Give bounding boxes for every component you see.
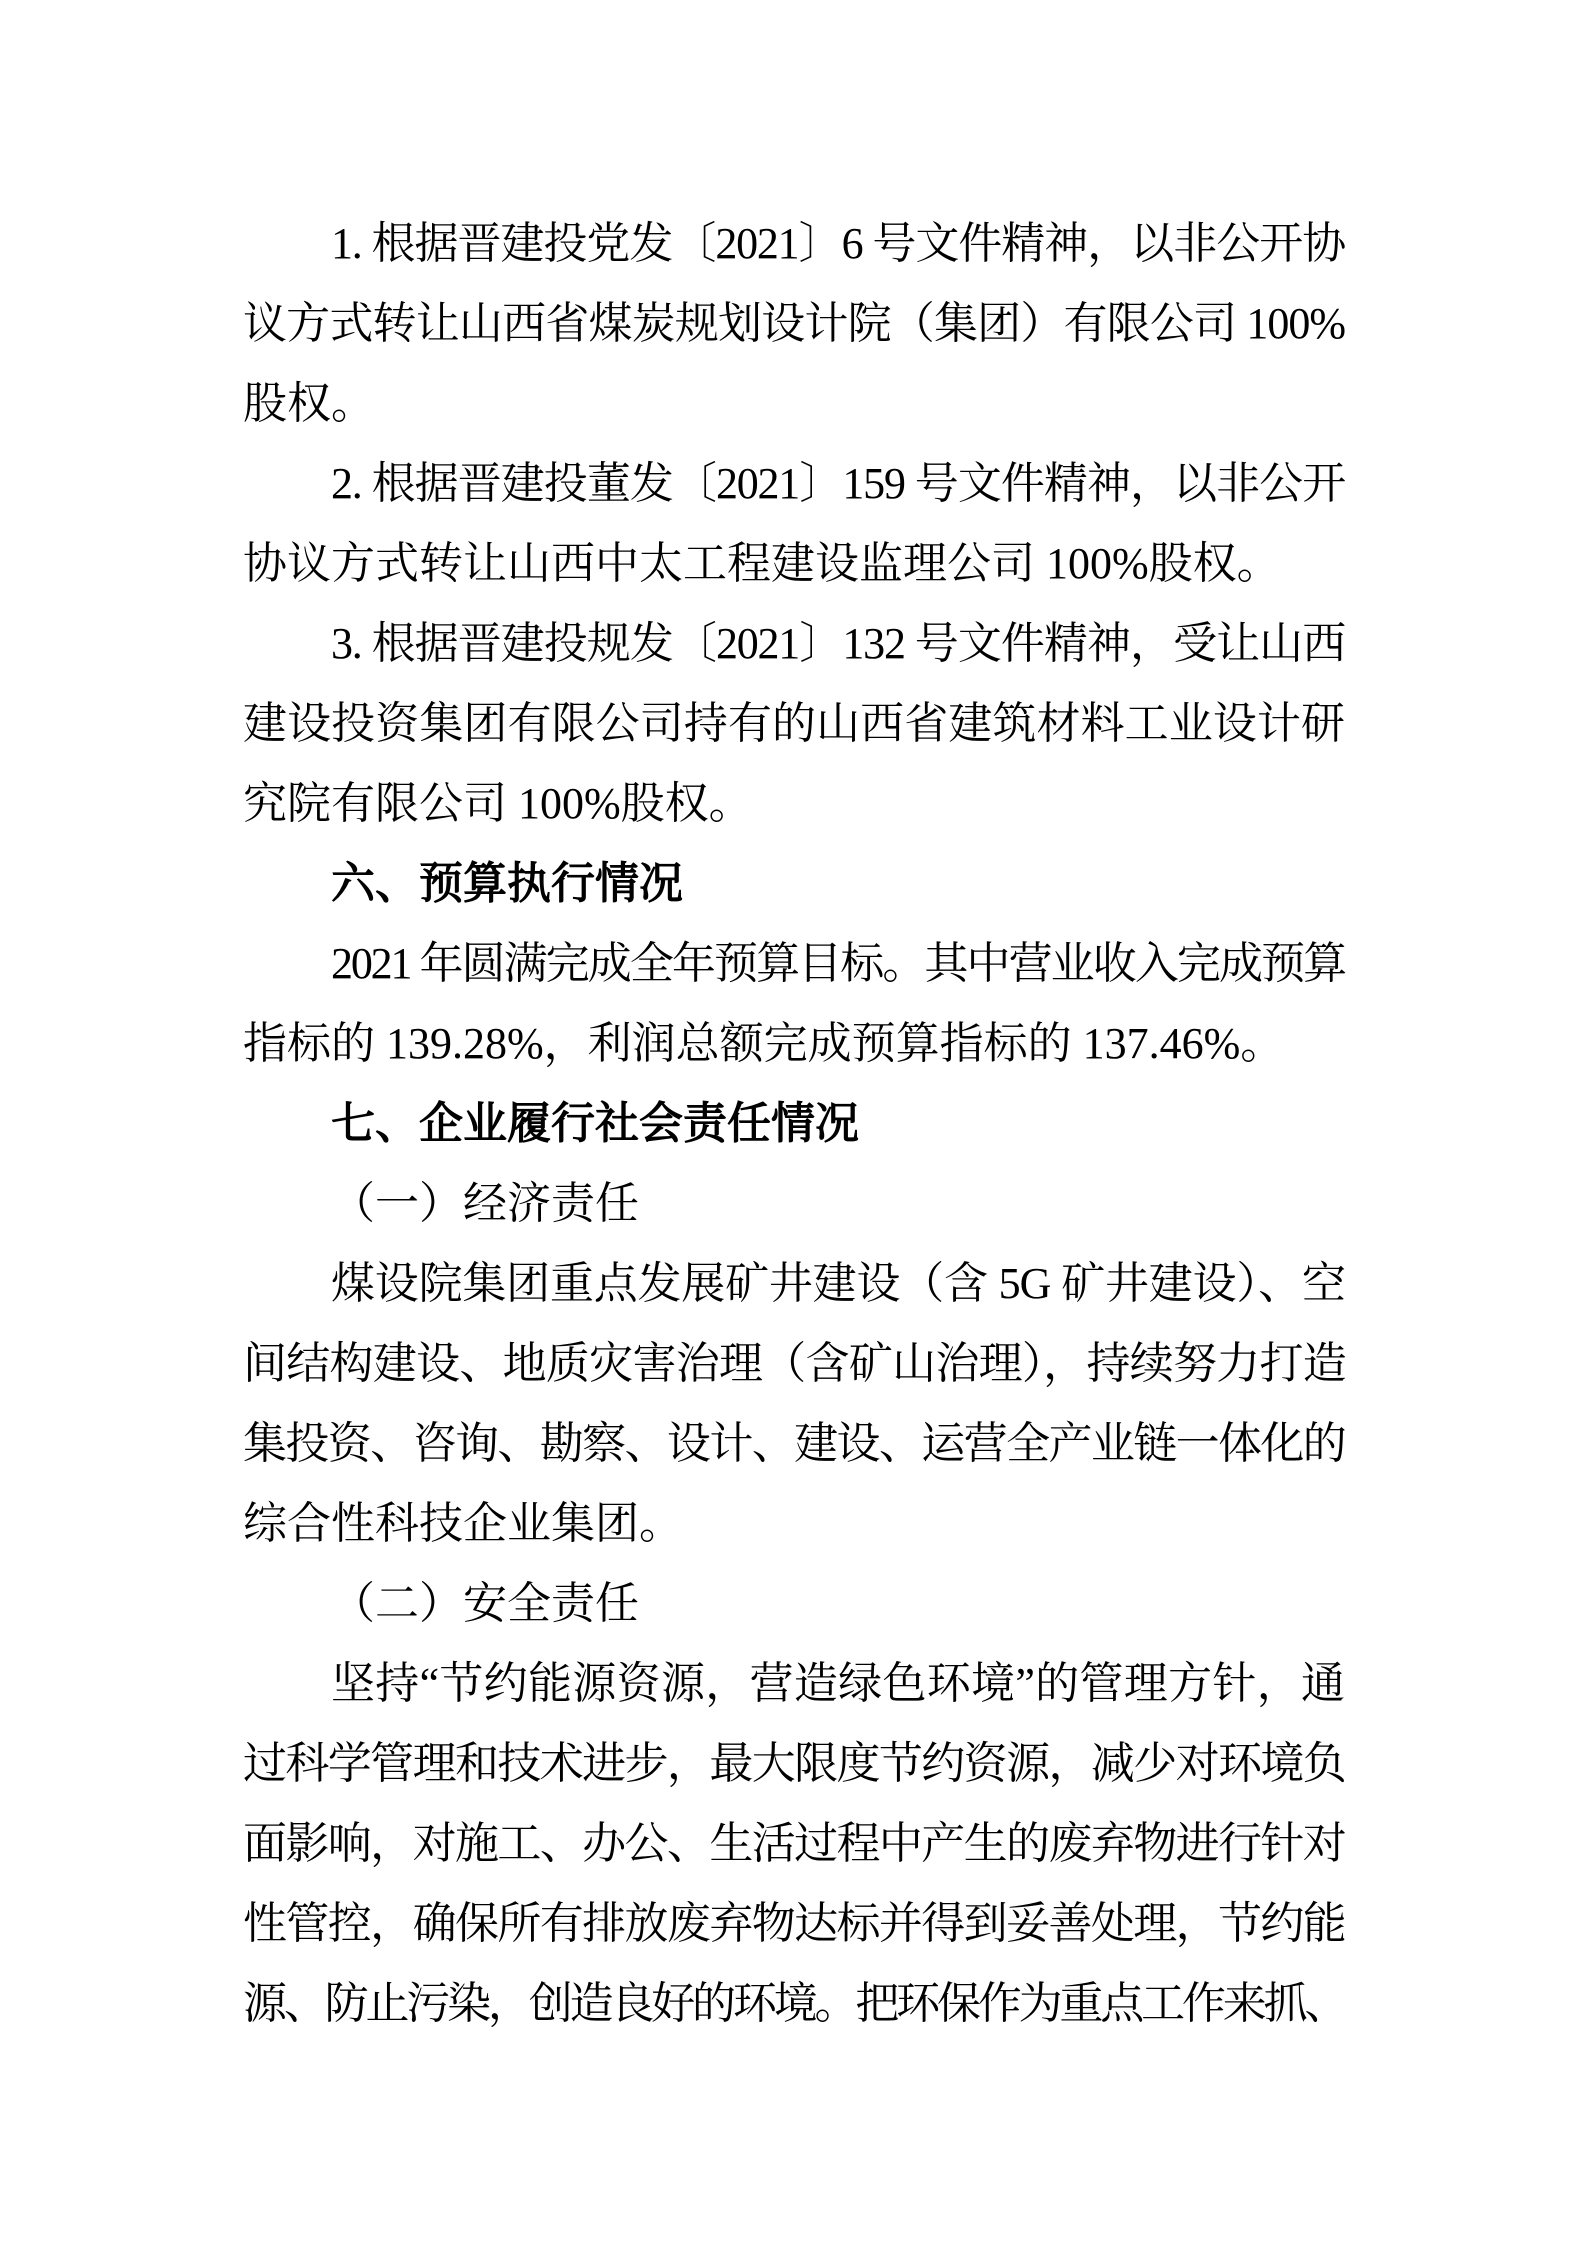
text-line: 六、预算执行情况: [243, 844, 1345, 924]
text-line: 股权。: [243, 364, 1345, 444]
section-heading: 七、企业履行社会责任情况: [243, 1084, 1345, 1164]
text-line: 3. 根据晋建投规发〔2021〕132 号文件精神，受让山西: [243, 604, 1345, 684]
text-line: （一）经济责任: [243, 1164, 1345, 1244]
list-item-paragraph: 2. 根据晋建投董发〔2021〕159 号文件精神，以非公开协议方式转让山西中太…: [243, 444, 1345, 604]
text-line: 坚持“节约能源资源，营造绿色环境”的管理方针，通: [243, 1644, 1345, 1724]
list-item-paragraph: 1. 根据晋建投党发〔2021〕6 号文件精神，以非公开协议方式转让山西省煤炭规…: [243, 204, 1345, 444]
text-line: 面影响，对施工、办公、生活过程中产生的废弃物进行针对: [243, 1804, 1345, 1884]
body-paragraph: 2021 年圆满完成全年预算目标。其中营业收入完成预算指标的 139.28%，利…: [243, 924, 1345, 1084]
text-line: 性管控，确保所有排放废弃物达标并得到妥善处理，节约能: [243, 1884, 1345, 1964]
text-line: （二）安全责任: [243, 1564, 1345, 1644]
text-line: 间结构建设、地质灾害治理（含矿山治理），持续努力打造: [243, 1324, 1345, 1404]
body-paragraph: 坚持“节约能源资源，营造绿色环境”的管理方针，通过科学管理和技术进步，最大限度节…: [243, 1644, 1345, 2044]
text-line: 2021 年圆满完成全年预算目标。其中营业收入完成预算: [243, 924, 1345, 1004]
text-line: 综合性科技企业集团。: [243, 1484, 1345, 1564]
text-line: 建设投资集团有限公司持有的山西省建筑材料工业设计研: [243, 684, 1345, 764]
sub-section-heading: （二）安全责任: [243, 1564, 1345, 1644]
list-item-paragraph: 3. 根据晋建投规发〔2021〕132 号文件精神，受让山西建设投资集团有限公司…: [243, 604, 1345, 844]
text-line: 1. 根据晋建投党发〔2021〕6 号文件精神，以非公开协: [243, 204, 1345, 284]
text-line: 2. 根据晋建投董发〔2021〕159 号文件精神，以非公开: [243, 444, 1345, 524]
text-line: 集投资、咨询、勘察、设计、建设、运营全产业链一体化的: [243, 1404, 1345, 1484]
text-line: 议方式转让山西省煤炭规划设计院（集团）有限公司 100%: [243, 284, 1345, 364]
sub-section-heading: （一）经济责任: [243, 1164, 1345, 1244]
text-line: 协议方式转让山西中太工程建设监理公司 100%股权。: [243, 524, 1345, 604]
document-page: 1. 根据晋建投党发〔2021〕6 号文件精神，以非公开协议方式转让山西省煤炭规…: [0, 0, 1587, 2245]
text-line: 指标的 139.28%，利润总额完成预算指标的 137.46%。: [243, 1004, 1345, 1084]
body-paragraph: 煤设院集团重点发展矿井建设（含 5G 矿井建设）、空间结构建设、地质灾害治理（含…: [243, 1244, 1345, 1564]
text-line: 源、防止污染，创造良好的环境。把环保作为重点工作来抓、: [243, 1964, 1345, 2044]
text-line: 七、企业履行社会责任情况: [243, 1084, 1345, 1164]
text-line: 究院有限公司 100%股权。: [243, 764, 1345, 844]
document-text: 1. 根据晋建投党发〔2021〕6 号文件精神，以非公开协议方式转让山西省煤炭规…: [243, 204, 1345, 2044]
text-line: 过科学管理和技术进步，最大限度节约资源，减少对环境负: [243, 1724, 1345, 1804]
text-line: 煤设院集团重点发展矿井建设（含 5G 矿井建设）、空: [243, 1244, 1345, 1324]
section-heading: 六、预算执行情况: [243, 844, 1345, 924]
